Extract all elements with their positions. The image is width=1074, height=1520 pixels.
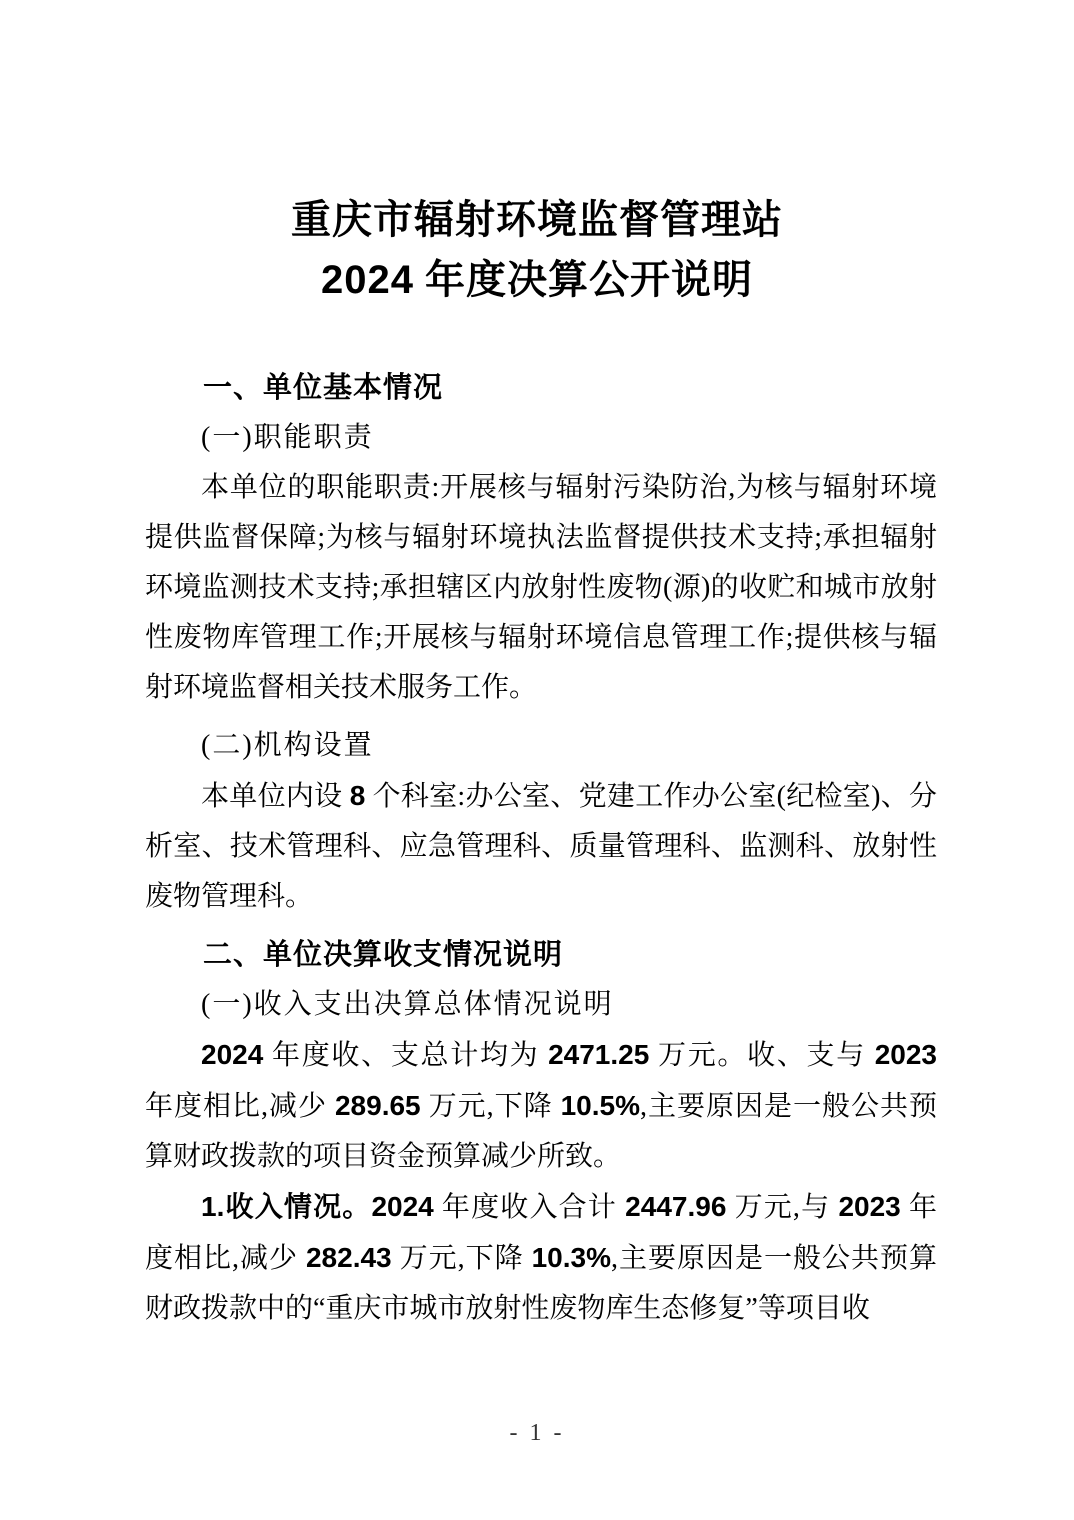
paragraph-income: 1.收入情况。2024 年度收入合计 2447.96 万元,与 2023 年度相… — [145, 1182, 937, 1334]
paragraph-overview: 2024 年度收、支总计均为 2471.25 万元。收、支与 2023 年度相比… — [145, 1030, 937, 1182]
paragraph-duties: 本单位的职能职责:开展核与辐射污染防治,为核与辐射环境提供监督保障;为核与辐射环… — [145, 463, 937, 713]
document-title-line1: 重庆市辐射环境监督管理站 — [0, 190, 1074, 250]
section-heading-basic-info: 一、单位基本情况 — [145, 363, 937, 413]
document-page: 重庆市辐射环境监督管理站 2024 年度决算公开说明 一、单位基本情况 (一)职… — [0, 0, 1074, 1520]
subsection-heading-org: (二)机构设置 — [145, 721, 937, 771]
paragraph-income-lead: 1.收入情况。 — [201, 1192, 371, 1223]
subsection-heading-duties: (一)职能职责 — [145, 413, 937, 463]
section-heading-budget: 二、单位决算收支情况说明 — [145, 930, 937, 980]
document-body: 一、单位基本情况 (一)职能职责 本单位的职能职责:开展核与辐射污染防治,为核与… — [145, 363, 937, 1334]
document-title: 重庆市辐射环境监督管理站 2024 年度决算公开说明 — [0, 190, 1074, 310]
document-title-line2: 2024 年度决算公开说明 — [0, 250, 1074, 310]
paragraph-org: 本单位内设 8 个科室:办公室、党建工作办公室(纪检室)、分析室、技术管理科、应… — [145, 771, 937, 922]
page-number: - 1 - — [0, 1420, 1074, 1447]
subsection-heading-overview: (一)收入支出决算总体情况说明 — [145, 980, 937, 1030]
